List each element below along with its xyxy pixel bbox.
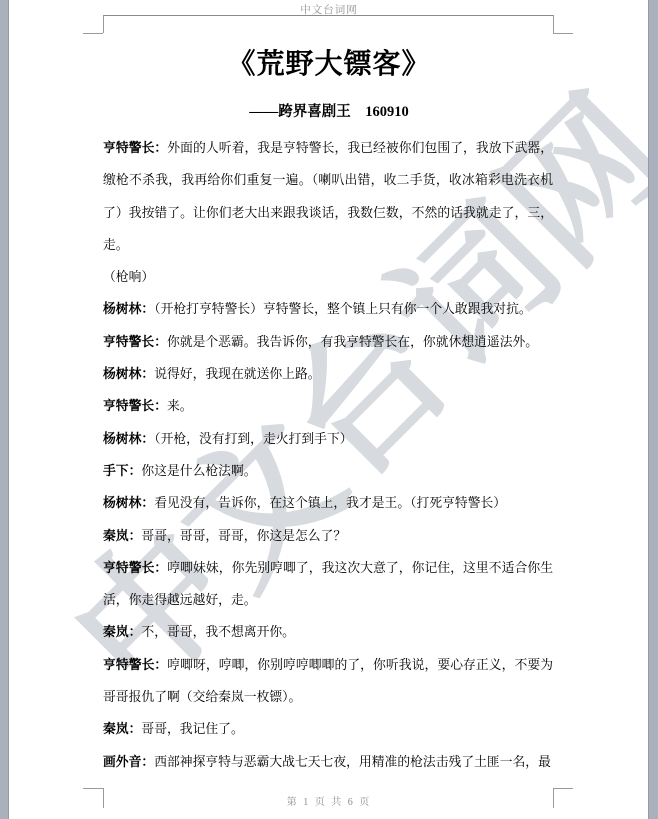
- dialogue-text: 说得好，我现在就送你上路。: [154, 367, 320, 381]
- script-paragraph: 亨特警长：哼唧妹妹，你先别哼唧了，我这次大意了，你记住，这里不适合你生活，你走得…: [103, 552, 553, 617]
- script-paragraph: 秦岚：哥哥，我记住了。: [103, 713, 553, 745]
- script-paragraph: 亨特警长：你就是个恶霸。我告诉你，有我亨特警长在，你就休想逍遥法外。: [103, 326, 553, 358]
- speaker-name: 画外音：: [103, 755, 154, 769]
- script-paragraph: 亨特警长：哼唧呀，哼唧，你别哼哼唧唧的了，你听我说，要心存正义，不要为哥哥报仇了…: [103, 649, 553, 714]
- script-paragraph: 杨树林：（开枪，没有打到，走火打到手下）: [103, 423, 553, 455]
- speaker-name: 杨树林：: [103, 496, 154, 510]
- dialogue-text: （开枪，没有打到，走火打到手下）: [154, 432, 352, 446]
- dialogue-text: 哼唧妹妹，你先别哼唧了，我这次大意了，你记住，这里不适合你生活，你走得越远越好，…: [103, 561, 553, 607]
- speaker-name: 杨树林：: [103, 432, 154, 446]
- speaker-name: 杨树林：: [103, 302, 154, 316]
- margin-crop-mark-top-right: [553, 33, 573, 34]
- speaker-name: 秦岚：: [103, 529, 141, 543]
- speaker-name: 秦岚：: [103, 625, 141, 639]
- script-paragraph: 杨树林：说得好，我现在就送你上路。: [103, 358, 553, 390]
- dialogue-text: 哥哥，我记住了。: [141, 722, 243, 736]
- viewer-left-margin: [0, 0, 9, 819]
- margin-crop-mark-top-right: [553, 15, 554, 33]
- document-page: 中文台词网 中文台词网 《荒野大镖客》 ——跨界喜剧王 160910 亨特警长：…: [10, 0, 648, 819]
- header-rule: [103, 15, 553, 16]
- dialogue-text: 西部神探亨特与恶霸大战七天七夜，用精准的枪法击残了土匪一名，最: [154, 755, 551, 769]
- dialogue-text: （开枪打亨特警长）亨特警长，整个镇上只有你一个人敢跟我对抗。: [154, 302, 532, 316]
- dialogue-text: 来。: [167, 399, 193, 413]
- script-paragraph: 手下：你这是什么枪法啊。: [103, 455, 553, 487]
- script-paragraph: 杨树林：（开枪打亨特警长）亨特警长，整个镇上只有你一个人敢跟我对抗。: [103, 293, 553, 325]
- document-subtitle: ——跨界喜剧王 160910: [10, 100, 648, 121]
- dialogue-text: （枪响）: [103, 270, 154, 284]
- speaker-name: 亨特警长：: [103, 335, 167, 349]
- dialogue-text: 外面的人听着，我是亨特警长，我已经被你们包围了，我放下武器，缴枪不杀我，我再给你…: [103, 141, 553, 252]
- viewer-right-margin: [648, 0, 658, 819]
- script-paragraph: （枪响）: [103, 261, 553, 293]
- speaker-name: 亨特警长：: [103, 141, 167, 155]
- script-body: 亨特警长：外面的人听着，我是亨特警长，我已经被你们包围了，我放下武器，缴枪不杀我…: [103, 132, 553, 778]
- margin-crop-mark-top-left: [103, 15, 104, 33]
- dialogue-text: 你就是个恶霸。我告诉你，有我亨特警长在，你就休想逍遥法外。: [167, 335, 538, 349]
- speaker-name: 亨特警长：: [103, 399, 167, 413]
- dialogue-text: 不，哥哥，我不想离开你。: [141, 625, 295, 639]
- dialogue-text: 哼唧呀，哼唧，你别哼哼唧唧的了，你听我说，要心存正义，不要为哥哥报仇了啊（交给秦…: [103, 658, 553, 704]
- document-title: 《荒野大镖客》: [10, 42, 648, 82]
- script-paragraph: 亨特警长：来。: [103, 390, 553, 422]
- document-viewer: 中文台词网 中文台词网 《荒野大镖客》 ——跨界喜剧王 160910 亨特警长：…: [0, 0, 658, 819]
- margin-crop-mark-top-left: [83, 33, 103, 34]
- script-paragraph: 秦岚：哥哥，哥哥，哥哥，你这是怎么了？: [103, 520, 553, 552]
- speaker-name: 杨树林：: [103, 367, 154, 381]
- dialogue-text: 哥哥，哥哥，哥哥，你这是怎么了？: [141, 529, 346, 543]
- script-paragraph: 画外音：西部神探亨特与恶霸大战七天七夜，用精准的枪法击残了土匪一名，最: [103, 746, 553, 778]
- margin-crop-mark-bottom-right: [553, 788, 573, 789]
- speaker-name: 秦岚：: [103, 722, 141, 736]
- speaker-name: 亨特警长：: [103, 561, 167, 575]
- margin-crop-mark-bottom-left: [83, 788, 103, 789]
- script-paragraph: 秦岚：不，哥哥，我不想离开你。: [103, 616, 553, 648]
- speaker-name: 亨特警长：: [103, 658, 167, 672]
- speaker-name: 手下：: [103, 464, 141, 478]
- page-number-footer: 第 1 页 共 6 页: [10, 793, 648, 808]
- dialogue-text: 看见没有，告诉你，在这个镇上，我才是王。（打死亨特警长）: [154, 496, 506, 510]
- script-paragraph: 杨树林：看见没有，告诉你，在这个镇上，我才是王。（打死亨特警长）: [103, 487, 553, 519]
- dialogue-text: 你这是什么枪法啊。: [141, 464, 256, 478]
- script-paragraph: 亨特警长：外面的人听着，我是亨特警长，我已经被你们包围了，我放下武器，缴枪不杀我…: [103, 132, 553, 261]
